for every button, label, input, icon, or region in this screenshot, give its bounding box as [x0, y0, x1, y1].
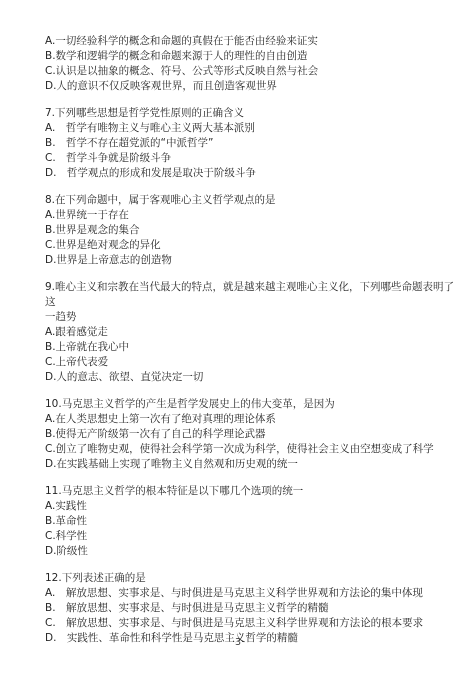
questions-area: A.一切经验科学的概念和命题的真假在于能否由经验来证实 B.数学和逻辑学的概念和… — [45, 34, 460, 658]
question-title-line: 7.下列哪些思想是哲学党性原则的正确含义 — [45, 106, 460, 121]
option-line: A.跟着感觉走 — [45, 325, 460, 340]
option-line: D. 哲学观点的形成和发展是取决于阶级斗争 — [45, 166, 460, 181]
question-title-line: 11.马克思主义哲学的根本特征是以下哪几个选项的统一 — [45, 484, 460, 499]
option-line: C.创立了唯物史观，使得社会科学第一次成为科学，使得社会主义由空想变成了科学 — [45, 442, 460, 457]
option-line: D.在实践基础上实现了唯物主义自然观和历史观的统一 — [45, 457, 460, 472]
question-10-block: 10.马克思主义哲学的产生是哲学发展史上的伟大变革，是因为 A.在人类思想史上第… — [45, 397, 460, 472]
question-title-line: 一趋势 — [45, 310, 460, 325]
option-line: C. 解放思想、实事求是、与时俱进是马克思主义科学世界观和方法论的根本要求 — [45, 616, 460, 631]
question-title-line: 10.马克思主义哲学的产生是哲学发展史上的伟大变革，是因为 — [45, 397, 460, 412]
option-line: B.数学和逻辑学的概念和命题来源于人的理性的自由创造 — [45, 49, 460, 64]
option-line: C.认识是以抽象的概念、符号、公式等形式反映自然与社会 — [45, 64, 460, 79]
question-7-block: 7.下列哪些思想是哲学党性原则的正确含义 A. 哲学有唯物主义与唯心主义两大基本… — [45, 106, 460, 181]
option-line: D.人的意志、欲望、直觉决定一切 — [45, 370, 460, 385]
option-line: A.在人类思想史上第一次有了绝对真理的理论体系 — [45, 412, 460, 427]
option-line: B. 哲学不存在超党派的“中派哲学” — [45, 136, 460, 151]
option-line: C.世界是绝对观念的异化 — [45, 238, 460, 253]
option-line: B. 解放思想、实事求是、与时俱进是马克思主义哲学的精髓 — [45, 601, 460, 616]
option-line: B.世界是观念的集合 — [45, 223, 460, 238]
page-number: ·3· — [0, 637, 476, 648]
option-line: A.实践性 — [45, 499, 460, 514]
question-9-block: 9.唯心主义和宗教在当代最大的特点，就是越来越主观唯心主义化，下列哪些命题表明了… — [45, 280, 460, 385]
question-11-block: 11.马克思主义哲学的根本特征是以下哪几个选项的统一 A.实践性 B.革命性 C… — [45, 484, 460, 559]
question-title-line: 12.下列表述正确的是 — [45, 571, 460, 586]
document-page: { "page": { "footer_page_number": "·3·" … — [0, 0, 476, 673]
option-line: C.科学性 — [45, 529, 460, 544]
question-6-options-block: A.一切经验科学的概念和命题的真假在于能否由经验来证实 B.数学和逻辑学的概念和… — [45, 34, 460, 94]
option-line: A. 解放思想、实事求是、与时俱进是马克思主义科学世界观和方法论的集中体现 — [45, 586, 460, 601]
option-line: C.上帝代表爱 — [45, 355, 460, 370]
option-line: A. 哲学有唯物主义与唯心主义两大基本派别 — [45, 121, 460, 136]
option-line: D.阶级性 — [45, 544, 460, 559]
option-line: A.一切经验科学的概念和命题的真假在于能否由经验来证实 — [45, 34, 460, 49]
question-title-line: 8.在下列命题中，属于客观唯心主义哲学观点的是 — [45, 193, 460, 208]
option-line: D.人的意识不仅反映客观世界，而且创造客观世界 — [45, 79, 460, 94]
option-line: B.革命性 — [45, 514, 460, 529]
option-line: A.世界统一于存在 — [45, 208, 460, 223]
option-line: B.使得无产阶级第一次有了自己的科学理论武器 — [45, 427, 460, 442]
question-12-block: 12.下列表述正确的是 A. 解放思想、实事求是、与时俱进是马克思主义科学世界观… — [45, 571, 460, 646]
question-title-line: 9.唯心主义和宗教在当代最大的特点，就是越来越主观唯心主义化，下列哪些命题表明了… — [45, 280, 460, 310]
option-line: B.上帝就在我心中 — [45, 340, 460, 355]
question-8-block: 8.在下列命题中，属于客观唯心主义哲学观点的是 A.世界统一于存在 B.世界是观… — [45, 193, 460, 268]
option-line: D.世界是上帝意志的创造物 — [45, 253, 460, 268]
option-line: C. 哲学斗争就是阶级斗争 — [45, 151, 460, 166]
